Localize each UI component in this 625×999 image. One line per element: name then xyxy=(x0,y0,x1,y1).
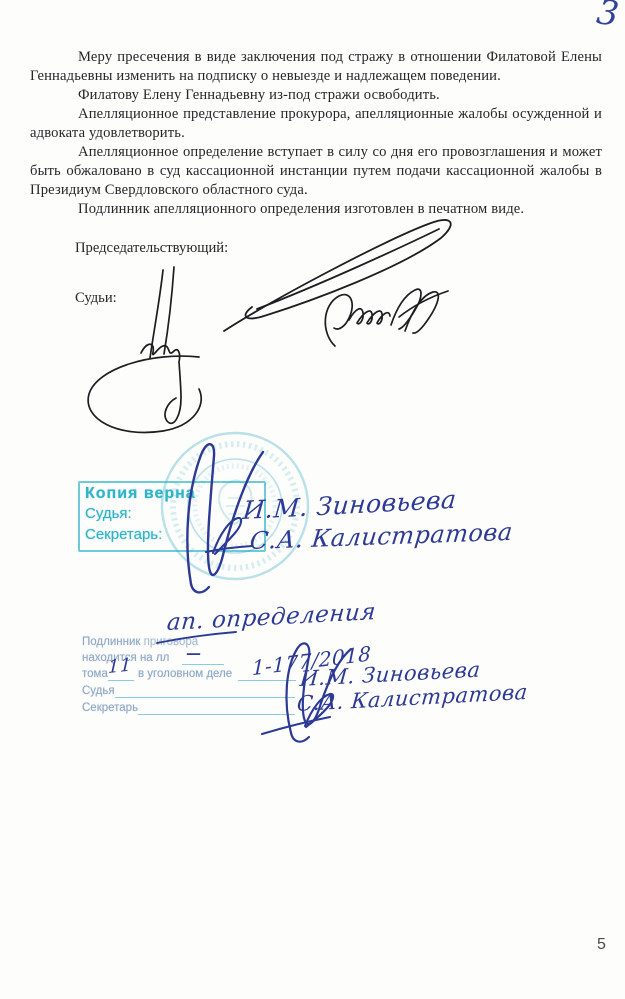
scanned-court-document-page: Меру пресечения в виде заключения под ст… xyxy=(0,0,625,999)
case-stamp-volume-label: тома xyxy=(82,668,108,680)
paragraph: Подлинник апелляционного определения изг… xyxy=(30,200,602,219)
ruling-text: Меру пресечения в виде заключения под ст… xyxy=(30,48,602,219)
stamp-field-line xyxy=(182,664,224,665)
judges-label: Судьи: xyxy=(75,290,117,307)
case-stamp-line1: Подлинник приговора xyxy=(82,636,198,648)
stamp-field-line xyxy=(138,714,295,715)
handwritten-sheets-dash: — xyxy=(186,644,202,662)
copy-stamp-secretary-label: Секретарь: xyxy=(85,526,264,543)
stamp-field-line xyxy=(108,680,134,681)
case-stamp-judge-label: Судья xyxy=(82,685,115,697)
presiding-judge-label: Председательствующий: xyxy=(75,240,228,257)
paragraph: Меру пресечения в виде заключения под ст… xyxy=(30,48,602,86)
page-number: 5 xyxy=(597,936,606,954)
copy-verification-stamp: Копия верна Судья: Секретарь: xyxy=(78,481,266,552)
paragraph: Апелляционное представление прокурора, а… xyxy=(30,105,602,143)
case-stamp-secretary-label: Секретарь xyxy=(82,702,138,714)
copy-stamp-title: Копия верна xyxy=(85,485,264,503)
paragraph: Филатову Елену Геннадьевну из-под стражи… xyxy=(30,86,602,105)
stamp-word: Подлинник xyxy=(82,636,140,648)
handwritten-judge-name: И.М. Зиновьева xyxy=(242,485,458,525)
paragraph: Апелляционное определение вступает в сил… xyxy=(30,143,602,200)
handwritten-secretary-name: С.А. Калистратова xyxy=(249,518,515,555)
case-stamp-case-label: в уголовном деле xyxy=(138,668,232,680)
handwritten-corner-annotation: 3 xyxy=(594,0,621,35)
handwritten-volume-number: 11 xyxy=(108,654,133,678)
judge2-signature xyxy=(325,289,448,346)
copy-stamp-judge-label: Судья: xyxy=(85,505,264,522)
stamp-field-line xyxy=(115,697,295,698)
stamp-field-line xyxy=(238,680,296,681)
handwritten-document-type-note: ап. определения xyxy=(166,599,377,636)
presiding-judge-signature xyxy=(224,220,451,331)
